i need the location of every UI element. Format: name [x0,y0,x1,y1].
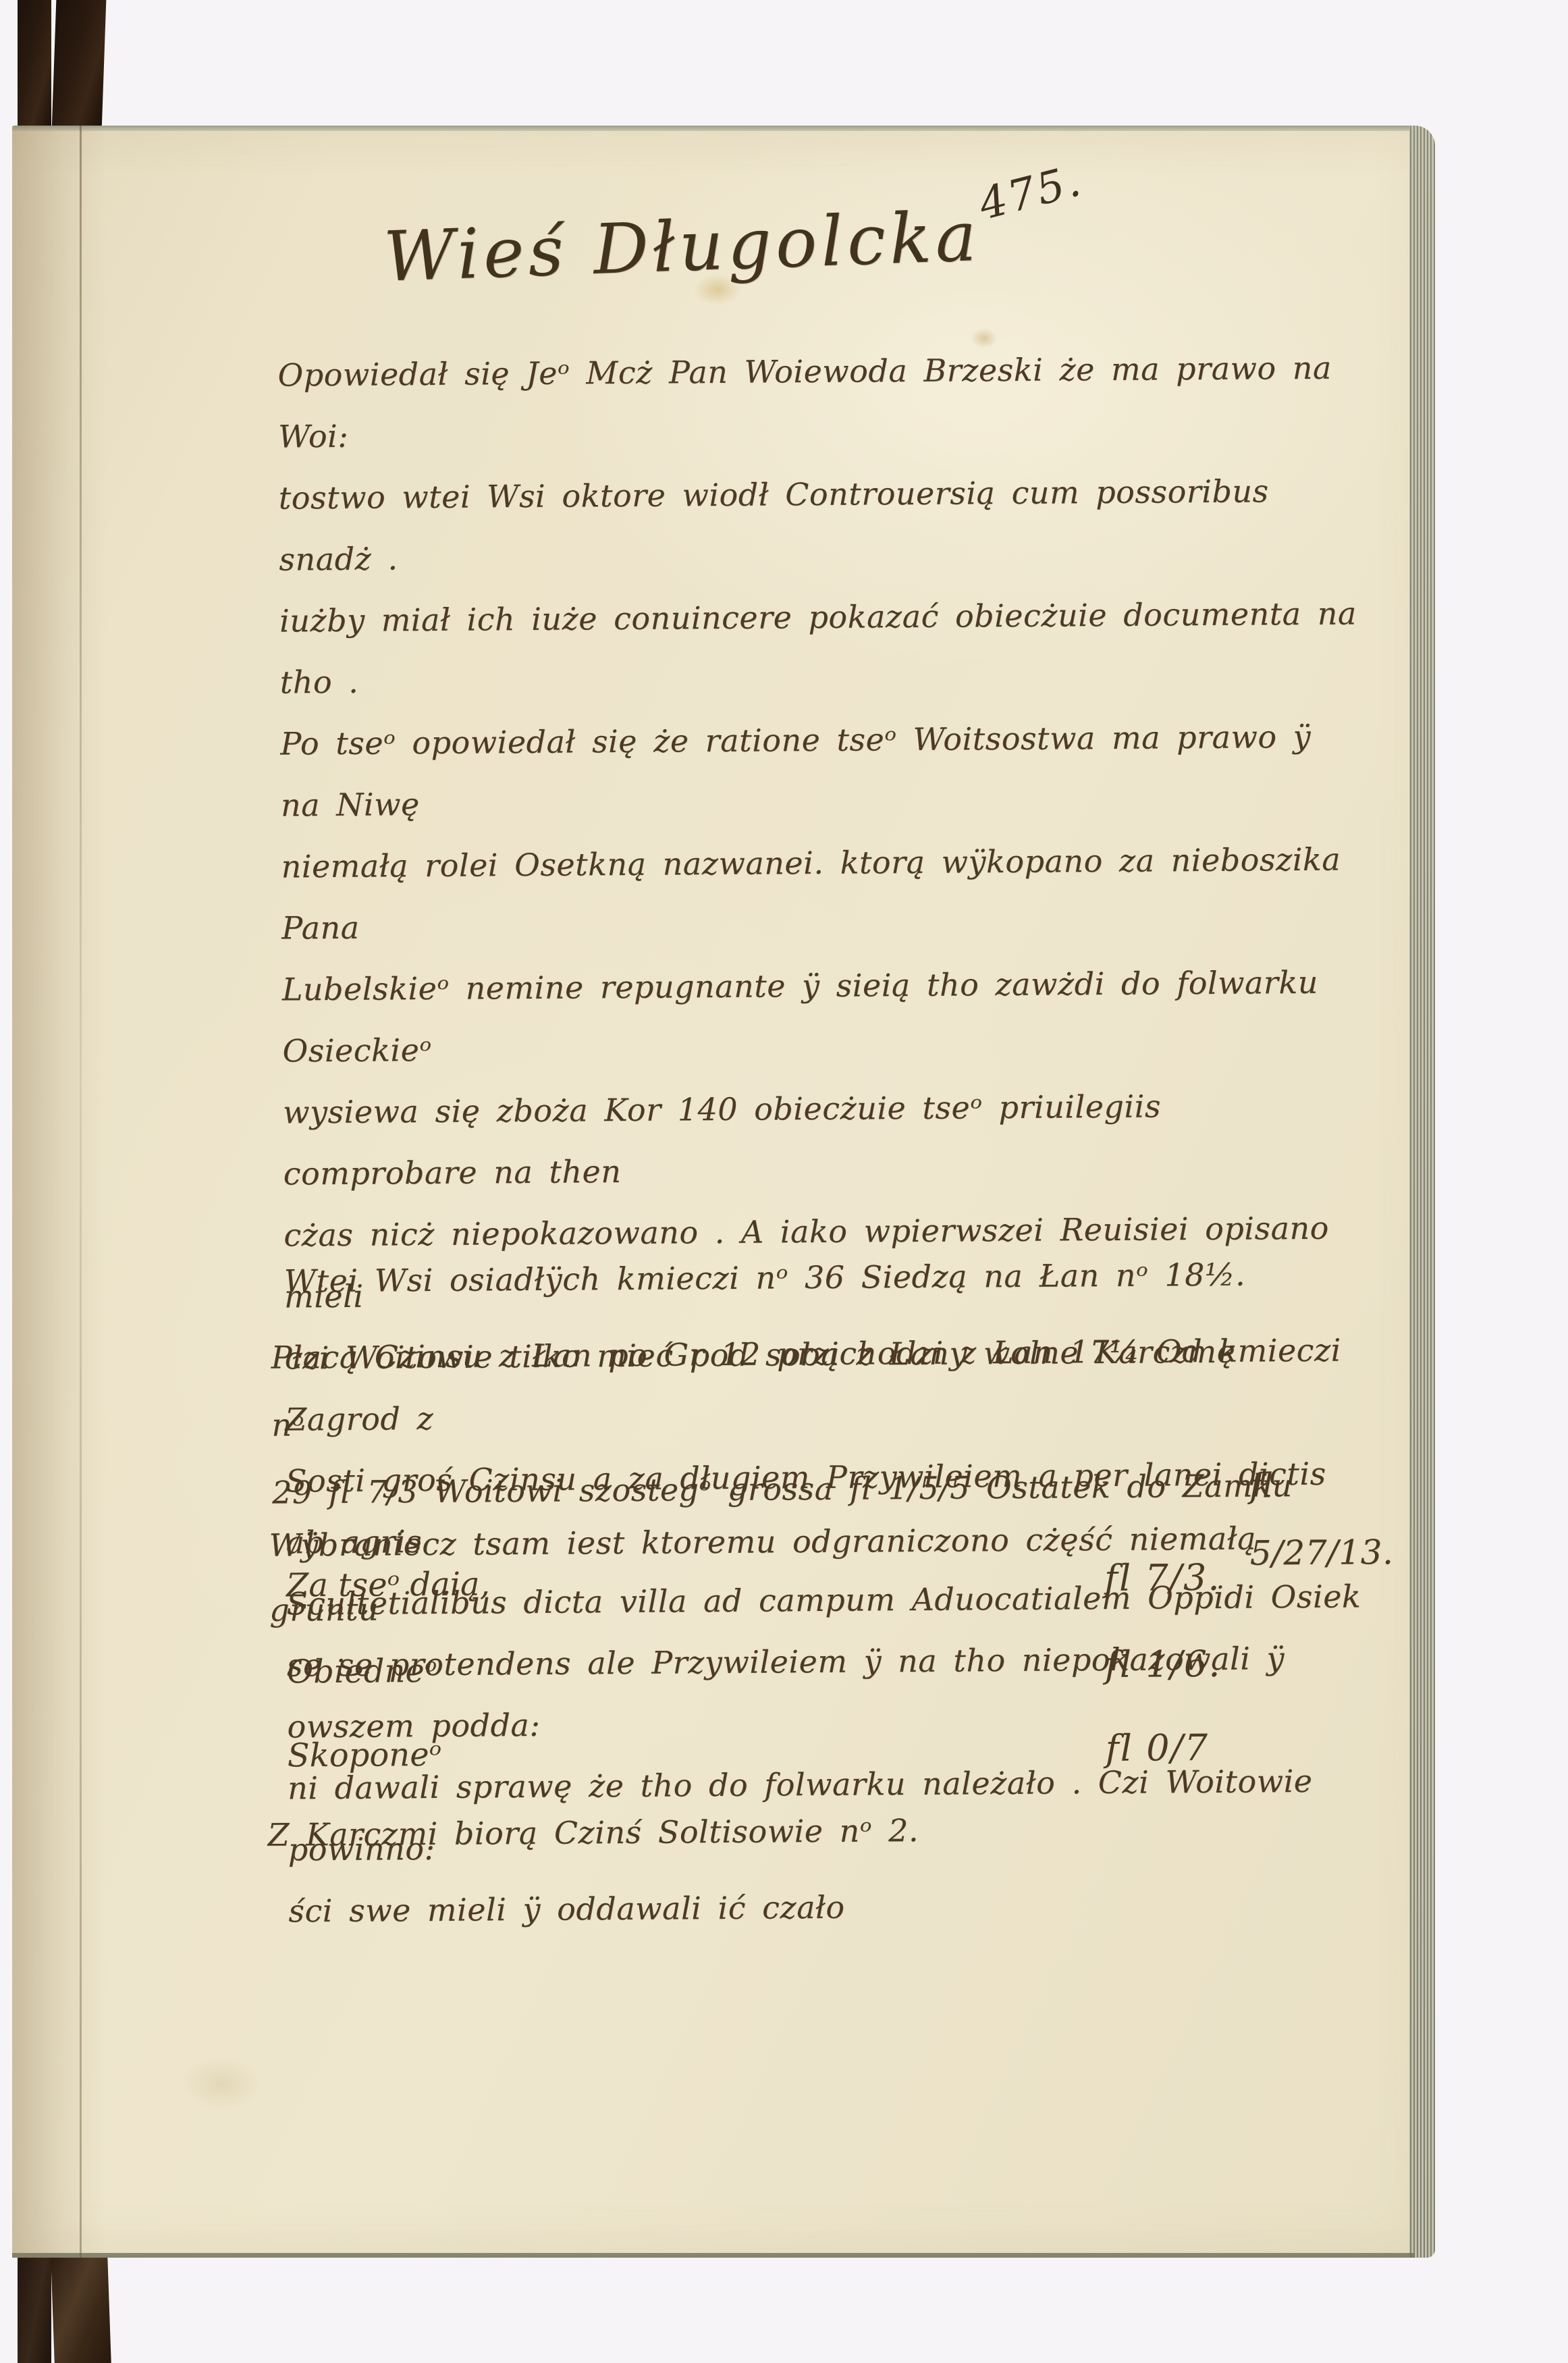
manuscript-line: wysiewa się zboża Kor 140 obiecżuie tseᵒ… [283,1074,1363,1204]
manuscript-line: Po tseᵒ opowiedał się że ratione tseᵒ Wo… [280,706,1361,836]
assessment-row: Skoponeᵒ fl 0/7 [288,1729,1368,1817]
page-content: 475. Wieś Długolcka Opowiedał się Jeᵒ Mc… [5,121,1442,2263]
manuscript-line: ści swe mieli ÿ oddawali ić czało [288,1873,1369,1942]
assessment-row: Obiedneᵒ fl 1/6. [287,1645,1368,1734]
manuscript-scan: 475. Wieś Długolcka Opowiedał się Jeᵒ Mc… [0,0,1568,2363]
assessment-amount: fl 1/6. [1105,1643,1222,1686]
assessment-label: Skoponeᵒ [288,1736,442,1775]
binding-strap-top-left [18,0,51,130]
manuscript-line: niemałą rolei Osetkną nazwanei. ktorą wÿ… [281,828,1361,959]
assessment-row: Za tseᵒ daią, fl 7/3. [286,1559,1367,1647]
page-number: 475. [974,156,1087,230]
manuscript-line: Wtei Wsi osiadłÿch kmieczi nᵒ 36 Siedzą … [284,1242,1365,1313]
binding-strap-top-left-2 [52,0,107,130]
binding-strap-bottom-left [18,2256,51,2363]
line-text: 29 fl 7/3 Woitowi szostegᵒ grossa fl 1/5… [272,1467,1293,1511]
book-page: 475. Wieś Długolcka Opowiedał się Jeᵒ Mc… [12,126,1435,2258]
assessment-amount: fl 0/7 [1106,1726,1210,1770]
manuscript-line: tostwo wtei Wsi oktore wiodł Controuersi… [278,460,1359,590]
manuscript-line: iużby miał ich iuże conuincere pokazać o… [279,583,1360,713]
assessment-amount: fl 7/3. [1104,1556,1221,1599]
binding-strap-bottom-left-2 [51,2256,111,2363]
assessment-label: Za tseᵒ daią, [286,1565,490,1604]
manuscript-line: Lubelskieᵒ nemine repugnante ÿ sieią tho… [282,951,1363,1082]
paragraph-3: Płacą Czinsu z Łan po Gr 12 przichodzi z… [271,1316,1366,1526]
paragraph-2: Wtei Wsi osiadłÿch kmieczi nᵒ 36 Siedzą … [284,1242,1365,1313]
page-title: Wieś Długolcka [382,196,981,298]
assessment-label: Obiedneᵒ [287,1652,437,1691]
manuscript-line: Opowiedał się Jeᵒ Mcż Pan Woiewoda Brzes… [277,337,1358,467]
closing-line: Z Karczmi biorą Czinś Soltisowie nᵒ 2. [267,1812,919,1853]
manuscript-line: Płacą Czinsu z Łan po Gr 12 przichodzi z… [271,1316,1365,1458]
